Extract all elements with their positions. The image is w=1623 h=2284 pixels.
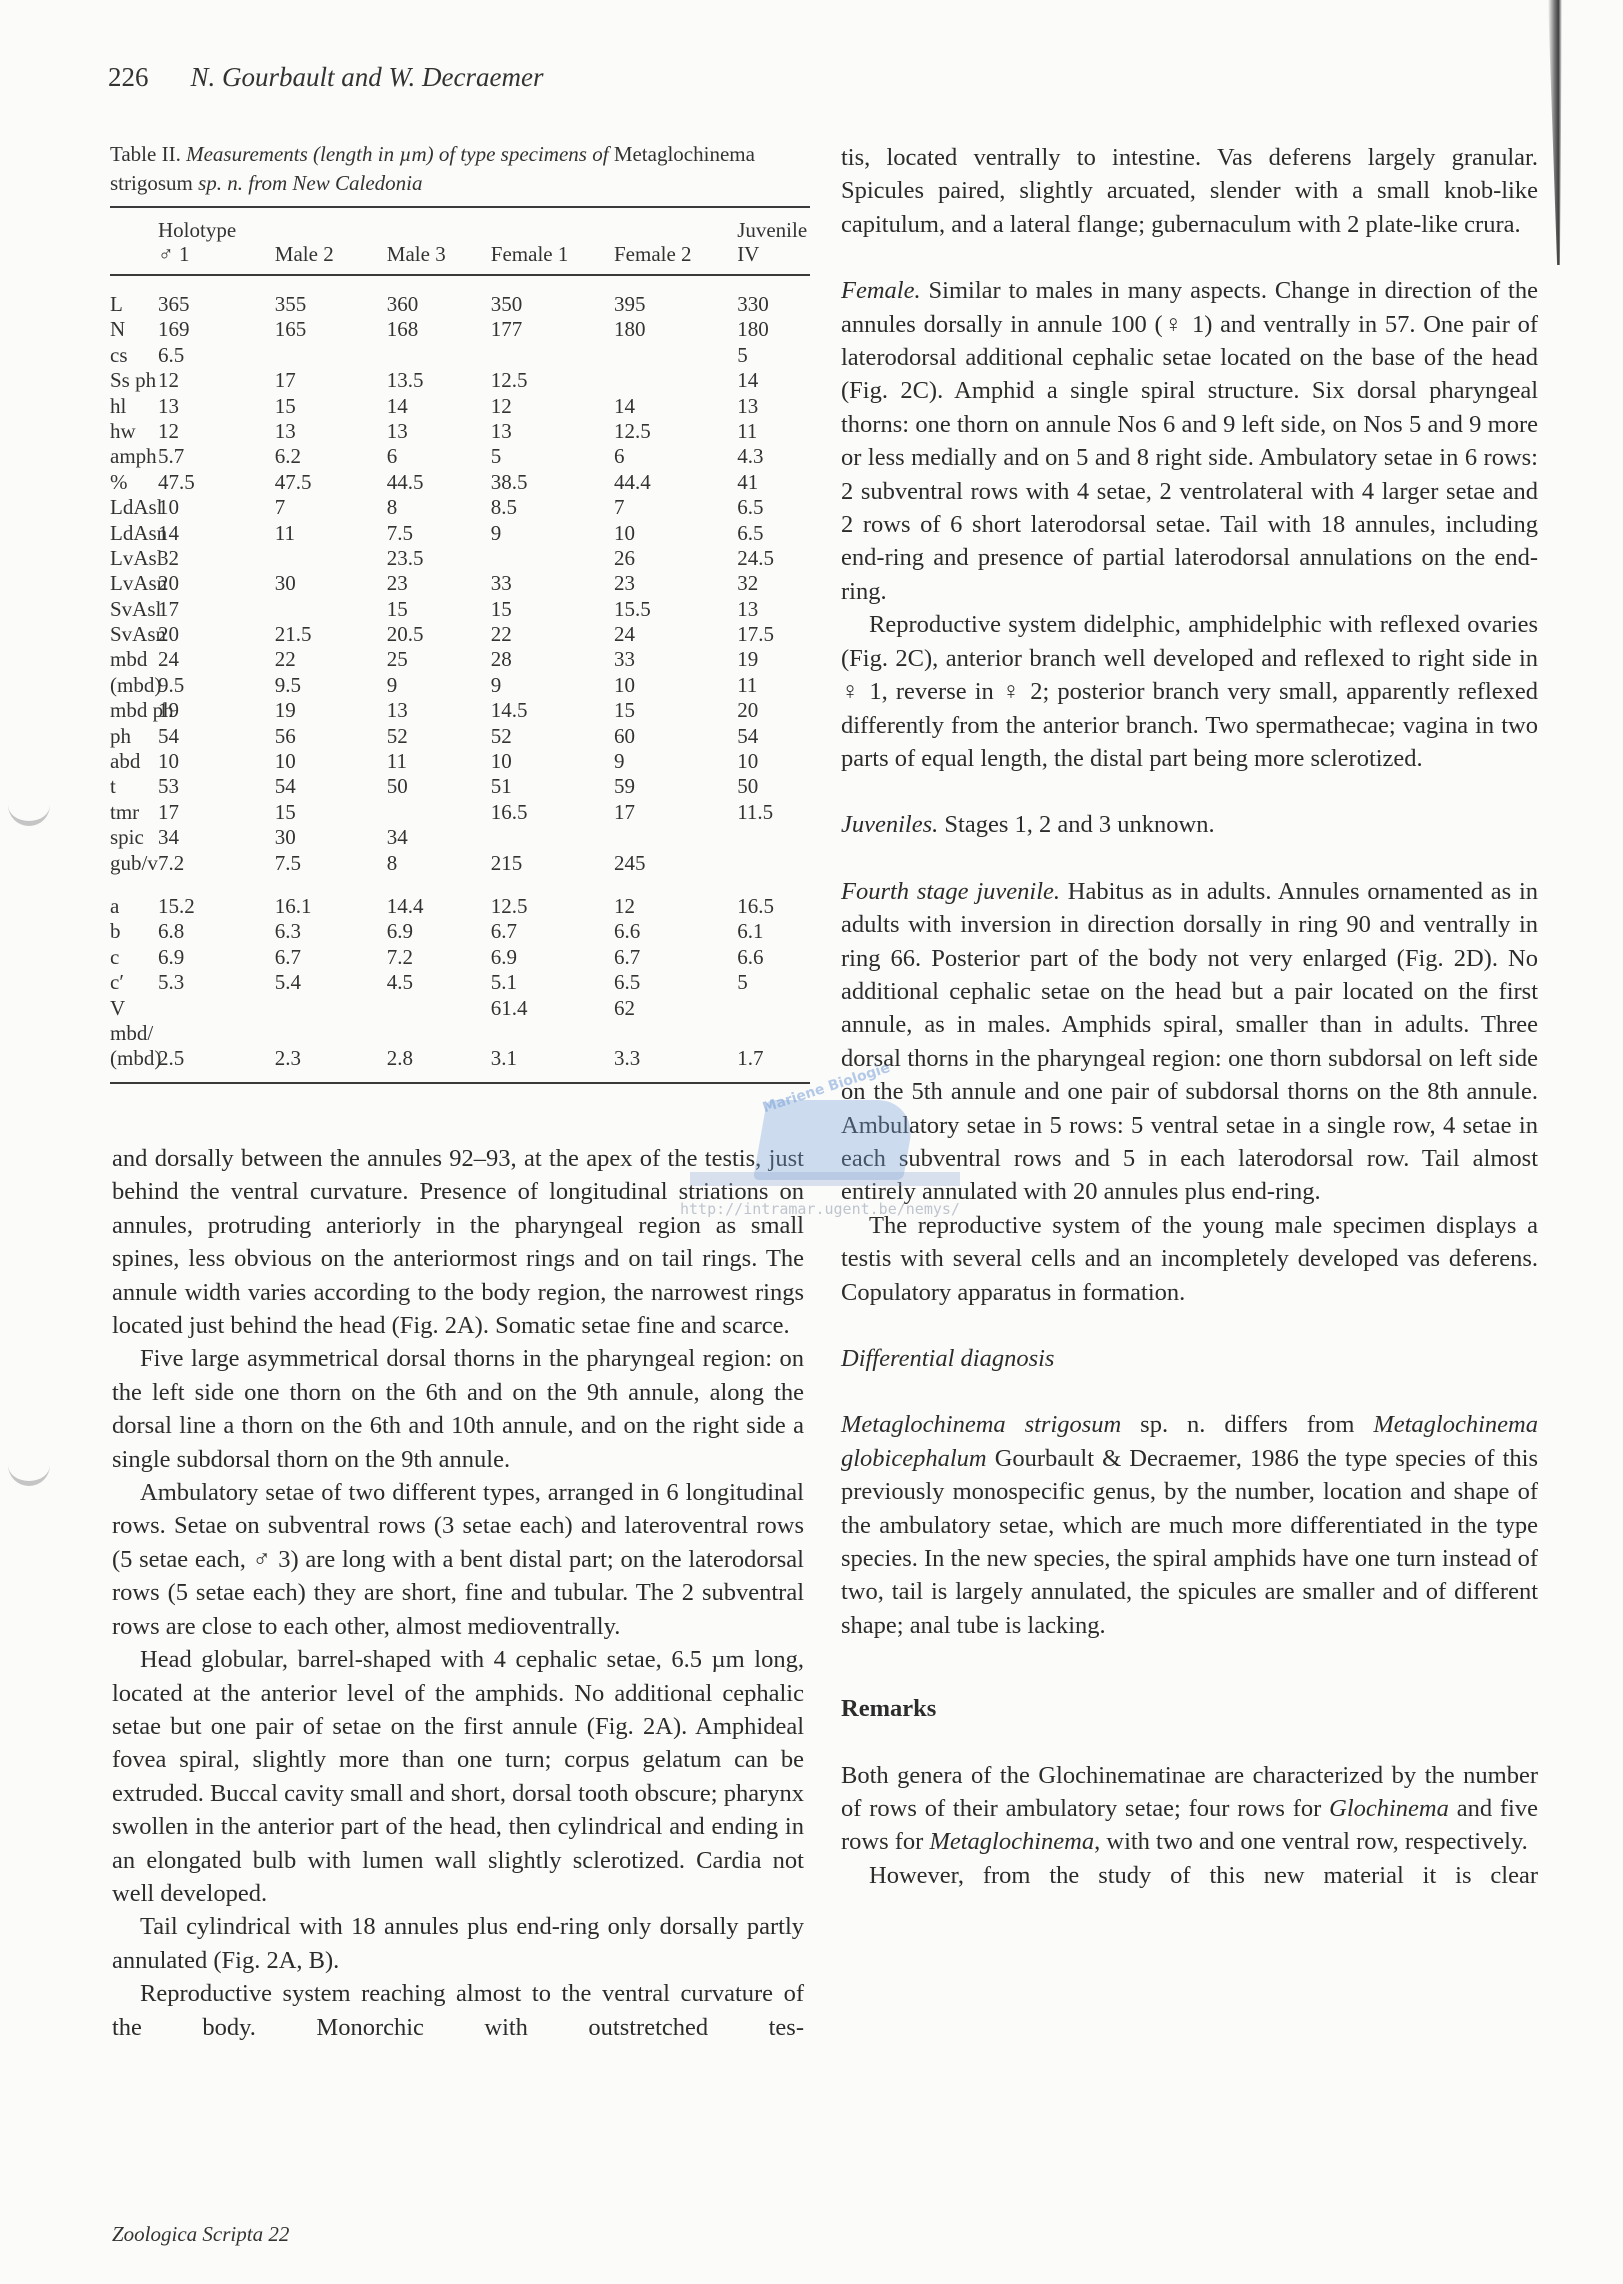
paragraph: Ambulatory setae of two different types,…	[112, 1476, 804, 1643]
table-header-rule	[110, 274, 810, 276]
row-label: mbd	[110, 647, 147, 672]
table-cell: 4.5	[387, 970, 413, 995]
table-cell: 32	[158, 546, 179, 571]
table-cell: 6.5	[737, 495, 763, 520]
table-cell: 12	[614, 894, 635, 919]
table-cell: 13	[491, 419, 512, 444]
table-cell: 23	[614, 571, 635, 596]
table-cell: 9.5	[275, 673, 301, 698]
table-row: cs6.55	[110, 343, 810, 368]
row-label: N	[110, 317, 125, 342]
table-cell: 6.9	[491, 945, 517, 970]
female-label: Female.	[841, 277, 921, 304]
table-row: abd10101110910	[110, 749, 810, 774]
table-cell: 5	[491, 444, 502, 469]
table-cell: 6.7	[275, 945, 301, 970]
table-cell: 12.5	[491, 894, 528, 919]
table-cell: 8	[387, 495, 398, 520]
table-cell: 7.5	[387, 521, 413, 546]
row-label: a	[110, 894, 119, 919]
table-cell: 6.1	[737, 919, 763, 944]
table-cell: 19	[275, 698, 296, 723]
row-label: V	[110, 996, 125, 1021]
table-cell: 4.3	[737, 444, 763, 469]
column-header: Female 2	[614, 242, 692, 267]
table-cell: 23	[387, 571, 408, 596]
table-cell: 51	[491, 774, 512, 799]
column-header: Male 2	[275, 242, 334, 267]
table-cell: 60	[614, 724, 635, 749]
table-cell: 3.1	[491, 1046, 517, 1071]
table-cell: 13	[737, 597, 758, 622]
table-cell: 54	[275, 774, 296, 799]
table-cell: 13	[387, 419, 408, 444]
table-row: mbd242225283319	[110, 647, 810, 672]
table-cell: 9	[491, 673, 502, 698]
table-cell: 10	[158, 495, 179, 520]
table-cell: 11.5	[737, 800, 773, 825]
table-cell: 13	[275, 419, 296, 444]
table-cell: 8	[387, 851, 398, 876]
table-cell: 6.5	[158, 343, 184, 368]
row-label: t	[110, 774, 116, 799]
table-cell: 50	[737, 774, 758, 799]
watermark-url: http://intramar.ugent.be/nemys/	[680, 1200, 960, 1218]
table-cell: 23.5	[387, 546, 424, 571]
table-cell: 9	[491, 521, 502, 546]
punch-hole-mark	[8, 1465, 50, 1486]
table-caption-italic: sp. n. from New Caledonia	[198, 171, 422, 195]
table-cell: 14	[387, 394, 408, 419]
table-cell: 168	[387, 317, 419, 342]
paragraph: The reproductive system of the young mal…	[841, 1209, 1538, 1309]
table-cell: 180	[737, 317, 769, 342]
genus-name: Metaglochinema	[929, 1828, 1094, 1855]
table-cell: 165	[275, 317, 307, 342]
table-cell: 1.7	[737, 1046, 763, 1071]
table-cell: 395	[614, 292, 646, 317]
table-cell: 62	[614, 996, 635, 1021]
row-label: c′	[110, 970, 124, 995]
table-cell: 15	[275, 800, 296, 825]
paragraph: Reproductive system reaching almost to t…	[112, 1977, 804, 2044]
table-cell: 22	[491, 622, 512, 647]
table-cell: 6.9	[158, 945, 184, 970]
table-cell: 3.3	[614, 1046, 640, 1071]
table-row: L365355360350395330	[110, 292, 810, 317]
row-label: %	[110, 470, 128, 495]
table-cell: 6.5	[614, 970, 640, 995]
table-cell: 5	[737, 970, 748, 995]
table-bottom-rule	[110, 1082, 810, 1084]
table-row: LdAsl10788.576.5	[110, 495, 810, 520]
table-cell: 44.4	[614, 470, 651, 495]
table-cell: 2.8	[387, 1046, 413, 1071]
paragraph: Reproductive system didelphic, amphidelp…	[841, 608, 1538, 775]
table-cell: 11	[275, 521, 295, 546]
row-label: b	[110, 919, 121, 944]
table-cell: 54	[158, 724, 179, 749]
table-cell: 11	[737, 419, 757, 444]
table-row: gub/v7.27.58215245	[110, 851, 810, 876]
table-cell: 12	[491, 394, 512, 419]
differential-diagnosis-text: Metaglochinema strigosum sp. n. differs …	[841, 1408, 1538, 1642]
table-cell: 17	[275, 368, 296, 393]
table-cell: 14	[614, 394, 635, 419]
row-label: Ss ph	[110, 368, 156, 393]
table-cell: 9.5	[158, 673, 184, 698]
table-cell: 13.5	[387, 368, 424, 393]
table-cell: 6.6	[614, 919, 640, 944]
page-number: 226	[108, 62, 149, 93]
table-cell: 59	[614, 774, 635, 799]
table-row: LdAsn14117.59106.5	[110, 521, 810, 546]
table-row: c6.96.77.26.96.76.6	[110, 945, 810, 970]
table-cell: 15	[614, 698, 635, 723]
table-row: ph545652526054	[110, 724, 810, 749]
table-cell: 7.5	[275, 851, 301, 876]
table-cell: 5.3	[158, 970, 184, 995]
table-cell: 11	[387, 749, 407, 774]
row-label: (mbd)	[110, 1046, 161, 1071]
table-cell: 47.5	[275, 470, 312, 495]
table-cell: 6.8	[158, 919, 184, 944]
paragraph: Head globular, barrel-shaped with 4 ceph…	[112, 1643, 804, 1910]
table-cell: 38.5	[491, 470, 528, 495]
table-cell: 26	[614, 546, 635, 571]
measurements-table: Table II. Measurements (length in µm) of…	[110, 140, 810, 1084]
table-cell: 6.7	[614, 945, 640, 970]
table-row: V61.462	[110, 996, 810, 1021]
table-cell: 24.5	[737, 546, 774, 571]
female-text: Similar to males in many aspects. Change…	[841, 277, 1538, 605]
table-cell: 15.5	[614, 597, 651, 622]
table-cell: 6.9	[387, 919, 413, 944]
table-row: SvAsn2021.520.5222417.5	[110, 622, 810, 647]
table-row: spic343034	[110, 825, 810, 850]
text-run: Gourbault & Decraemer, 1986 the type spe…	[841, 1445, 1538, 1639]
table-cell: 180	[614, 317, 646, 342]
table-cell: 50	[387, 774, 408, 799]
table-cell: 10	[158, 749, 179, 774]
table-cell: 44.5	[387, 470, 424, 495]
table-cell: 21.5	[275, 622, 312, 647]
text-run: sp. n. differs from	[1121, 1411, 1373, 1438]
row-label: L	[110, 292, 123, 317]
table-cell: 54	[737, 724, 758, 749]
running-head: 226 N. Gourbault and W. Decraemer	[108, 62, 543, 93]
table-cell: 7.2	[158, 851, 184, 876]
table-cell: 9	[614, 749, 625, 774]
table-body: L365355360350395330N169165168177180180cs…	[110, 292, 810, 1072]
table-cell: 17	[614, 800, 635, 825]
right-text-column: tis, located ventrally to intestine. Vas…	[841, 141, 1538, 1892]
table-cell: 61.4	[491, 996, 528, 1021]
table-cell: 355	[275, 292, 307, 317]
table-cell: 245	[614, 851, 646, 876]
table-cell: 30	[275, 825, 296, 850]
table-row: hw1213131312.511	[110, 419, 810, 444]
row-label: amph	[110, 444, 157, 469]
table-cell: 34	[158, 825, 179, 850]
fourth-stage-label: Fourth stage juvenile.	[841, 878, 1060, 905]
row-label: ph	[110, 724, 131, 749]
table-cell: 8.5	[491, 495, 517, 520]
table-row: mbd/	[110, 1021, 810, 1046]
table-cell: 5.4	[275, 970, 301, 995]
table-cell: 6.5	[737, 521, 763, 546]
left-text-column: and dorsally between the annules 92–93, …	[112, 1142, 804, 2044]
table-cell: 24	[614, 622, 635, 647]
section-heading-remarks: Remarks	[841, 1692, 1538, 1725]
table-cell: 14	[737, 368, 758, 393]
table-cell: 6.2	[275, 444, 301, 469]
table-row: b6.86.36.96.76.66.1	[110, 919, 810, 944]
table-cell: 33	[491, 571, 512, 596]
table-cell: 10	[614, 521, 635, 546]
table-row: a15.216.114.412.51216.5	[110, 894, 810, 919]
row-label: tmr	[110, 800, 139, 825]
table-row: (mbd)2.52.32.83.13.31.7	[110, 1046, 810, 1071]
juveniles-label: Juveniles.	[841, 811, 938, 838]
remarks-text: Both genera of the Glochinematinae are c…	[841, 1759, 1538, 1859]
row-label: LvAsl	[110, 546, 163, 571]
table-spacer	[110, 876, 810, 894]
table-cell: 13	[387, 698, 408, 723]
table-cell: 30	[275, 571, 296, 596]
table-cell: 20	[158, 571, 179, 596]
table-row: %47.547.544.538.544.441	[110, 470, 810, 495]
row-label: SvAsl	[110, 597, 161, 622]
row-label: spic	[110, 825, 144, 850]
table-cell: 10	[737, 749, 758, 774]
table-cell: 12.5	[491, 368, 528, 393]
table-cell: 10	[275, 749, 296, 774]
fourth-stage-description: Fourth stage juvenile. Habitus as in adu…	[841, 875, 1538, 1209]
table-cell: 5.7	[158, 444, 184, 469]
table-cell: 14.5	[491, 698, 528, 723]
table-cell: 52	[387, 724, 408, 749]
species-name: Metaglochinema strigosum	[841, 1411, 1121, 1438]
table-cell: 17.5	[737, 622, 774, 647]
table-caption-prefix: Table II.	[110, 142, 181, 166]
column-header: IV	[737, 242, 759, 267]
table-row: t535450515950	[110, 774, 810, 799]
table-cell: 41	[737, 470, 758, 495]
section-heading-differential-diagnosis: Differential diagnosis	[841, 1342, 1538, 1375]
row-label: (mbd)	[110, 673, 161, 698]
table-cell: 20.5	[387, 622, 424, 647]
page-edge-shadow	[1548, 0, 1562, 265]
row-label: hw	[110, 419, 136, 444]
table-row: LvAsl3223.52624.5	[110, 546, 810, 571]
table-cell: 14.4	[387, 894, 424, 919]
punch-hole-mark	[8, 805, 50, 826]
table-cell: 360	[387, 292, 419, 317]
table-cell: 10	[491, 749, 512, 774]
table-cell: 15	[387, 597, 408, 622]
table-cell: 6	[614, 444, 625, 469]
table-cell: 365	[158, 292, 190, 317]
table-cell: 12	[158, 419, 179, 444]
table-cell: 47.5	[158, 470, 195, 495]
row-label: mbd/	[110, 1021, 153, 1046]
table-row: mbd ph19191314.51520	[110, 698, 810, 723]
table-cell: 5	[737, 343, 748, 368]
table-row: N169165168177180180	[110, 317, 810, 342]
paragraph: Tail cylindrical with 18 annules plus en…	[112, 1910, 804, 1977]
table-cell: 33	[614, 647, 635, 672]
paragraph: tis, located ventrally to intestine. Vas…	[841, 141, 1538, 241]
row-label: c	[110, 945, 119, 970]
table-cell: 15	[275, 394, 296, 419]
table-cell: 12	[158, 368, 179, 393]
row-label: gub/v	[110, 851, 158, 876]
table-cell: 6	[387, 444, 398, 469]
table-row: SvAsl17151515.513	[110, 597, 810, 622]
table-cell: 56	[275, 724, 296, 749]
table-cell: 169	[158, 317, 190, 342]
table-cell: 330	[737, 292, 769, 317]
row-label: LdAsl	[110, 495, 163, 520]
paragraph: Five large asymmetrical dorsal thorns in…	[112, 1342, 804, 1476]
juveniles-description: Juveniles. Stages 1, 2 and 3 unknown.	[841, 808, 1538, 841]
table-cell: 11	[737, 673, 757, 698]
table-cell: 2.5	[158, 1046, 184, 1071]
table-row: LvAsn203023332332	[110, 571, 810, 596]
table-cell: 7	[614, 495, 625, 520]
table-cell: 19	[158, 698, 179, 723]
table-cell: 25	[387, 647, 408, 672]
paragraph: and dorsally between the annules 92–93, …	[112, 1142, 804, 1342]
column-header: Male 3	[387, 242, 446, 267]
table-cell: 15	[491, 597, 512, 622]
table-cell: 24	[158, 647, 179, 672]
table-cell: 215	[491, 851, 523, 876]
row-label: cs	[110, 343, 128, 368]
column-header: ♂ 1	[158, 242, 190, 267]
table-cell: 17	[158, 597, 179, 622]
paragraph: However, from the study of this new mate…	[841, 1859, 1538, 1892]
table-cell: 9	[387, 673, 398, 698]
table-cell: 28	[491, 647, 512, 672]
table-cell: 34	[387, 825, 408, 850]
column-header: Juvenile	[737, 218, 807, 243]
table-cell: 7	[275, 495, 286, 520]
row-label: abd	[110, 749, 140, 774]
table-cell: 52	[491, 724, 512, 749]
genus-name: Glochinema	[1329, 1795, 1449, 1822]
table-cell: 177	[491, 317, 523, 342]
table-header: Holotype♂ 1Male 2Male 3Female 1Female 2J…	[110, 208, 810, 274]
female-description: Female. Similar to males in many aspects…	[841, 274, 1538, 608]
table-row: amph5.76.26564.3	[110, 444, 810, 469]
row-label: hl	[110, 394, 126, 419]
table-cell: 13	[158, 394, 179, 419]
journal-footer: Zoologica Scripta 22	[112, 2222, 289, 2247]
table-row: c′5.35.44.55.16.55	[110, 970, 810, 995]
table-cell: 6.7	[491, 919, 517, 944]
table-cell: 13	[737, 394, 758, 419]
table-cell: 17	[158, 800, 179, 825]
table-cell: 19	[737, 647, 758, 672]
table-cell: 20	[158, 622, 179, 647]
table-row: tmr171516.51711.5	[110, 800, 810, 825]
table-row: (mbd)9.59.5991011	[110, 673, 810, 698]
table-cell: 350	[491, 292, 523, 317]
fourth-stage-text: Habitus as in adults. Annules ornamented…	[841, 878, 1538, 1206]
table-cell: 6.6	[737, 945, 763, 970]
table-cell: 22	[275, 647, 296, 672]
table-row: Ss ph121713.512.514	[110, 368, 810, 393]
table-cell: 15.2	[158, 894, 195, 919]
table-cell: 7.2	[387, 945, 413, 970]
table-cell: 16.5	[491, 800, 528, 825]
table-cell: 16.1	[275, 894, 312, 919]
running-head-authors: N. Gourbault and W. Decraemer	[191, 62, 544, 93]
table-cell: 12.5	[614, 419, 651, 444]
column-header: Holotype	[158, 218, 236, 243]
table-cell: 5.1	[491, 970, 517, 995]
table-cell: 2.3	[275, 1046, 301, 1071]
table-cell: 53	[158, 774, 179, 799]
table-row: hl131514121413	[110, 394, 810, 419]
text-run: , with two and one ventral row, respecti…	[1094, 1828, 1528, 1855]
table-caption: Table II. Measurements (length in µm) of…	[110, 140, 810, 198]
table-cell: 14	[158, 521, 179, 546]
juveniles-text: Stages 1, 2 and 3 unknown.	[938, 811, 1214, 838]
table-cell: 20	[737, 698, 758, 723]
column-header: Female 1	[491, 242, 569, 267]
table-cell: 16.5	[737, 894, 774, 919]
table-cell: 32	[737, 571, 758, 596]
table-cell: 6.3	[275, 919, 301, 944]
table-cell: 10	[614, 673, 635, 698]
table-caption-italic: Measurements (length in µm) of type spec…	[186, 142, 608, 166]
